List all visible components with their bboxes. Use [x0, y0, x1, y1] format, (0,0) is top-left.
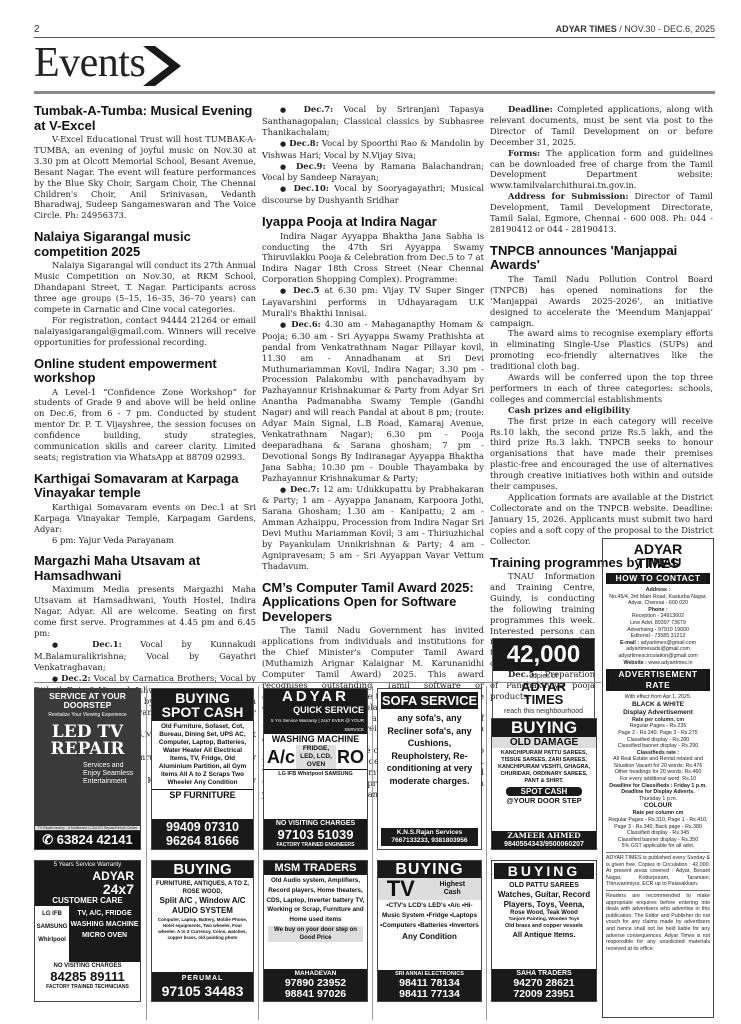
- section-rule: [34, 91, 715, 94]
- story-body: 6 pm: Yajur Veda Parayanam: [34, 535, 256, 546]
- story-body: A Level-1 “Confidence Zone Workshop” for…: [34, 387, 256, 463]
- story-body: Nalaiya Sigarangal will conduct its 27th…: [34, 260, 256, 315]
- ad-rate-bar: ADVERTISEMENTRATE: [606, 669, 710, 691]
- email-link[interactable]: adyartimes@gmail.com: [641, 640, 696, 646]
- ad-saha-traders: BUYING OLD PATTU SAREES Watches, Guitar,…: [491, 860, 597, 1002]
- story-iyappa: Iyappa Pooja at Indira Nagar Indira Naga…: [262, 215, 484, 572]
- story-body: Karthigai Somavaram events on Dec.1 at S…: [34, 502, 256, 535]
- paper-name: ADYAR TIMES: [556, 24, 617, 34]
- paper-info: ADYAR TIMES / NOV.30 - DEC.6, 2025: [556, 24, 715, 34]
- headline: CM’s Computer Tamil Award 2025: Applicat…: [262, 581, 484, 625]
- ad-adyar-quick-service: ADYAR QUICK SERVICE 5 Yrs Service Warran…: [263, 688, 368, 850]
- chevron-right-icon: [141, 44, 183, 88]
- how-to-contact-bar: HOW TO CONTACT: [606, 573, 710, 584]
- story-body: Indira Nagar Ayyappa Bhaktha Jana Sabha …: [262, 231, 484, 286]
- story-cm-award-cont: Deadline: Completed applications, along …: [490, 104, 713, 235]
- story-body: The first prize in each category will re…: [490, 416, 713, 492]
- phone-number: ✆ 63824 42141: [35, 831, 140, 849]
- headline: Margazhi Maha Utsavam at Hamsadhwani: [34, 554, 256, 583]
- masthead: 2 ADYAR TIMES / NOV.30 - DEC.6, 2025: [34, 24, 715, 38]
- story-body: Maximum Media presents Margazhi Maha Uts…: [34, 584, 256, 639]
- list-item: Dec.5 at 6.30 pm: Vijay TV Super Singer …: [262, 285, 484, 319]
- ad-spot-cash: BUYINGSPOT CASH Old Furniture, Sofaset, …: [151, 688, 254, 850]
- email-link[interactable]: adyartimesads@gmail.com: [606, 646, 710, 653]
- story-nalaiya: Nalaiya Sigarangal music competition 202…: [34, 230, 256, 347]
- ad-buying-old-damage: BUYING OLD DAMAGE KANCHIPURAM PATTU SARE…: [491, 718, 597, 850]
- headline: Iyappa Pooja at Indira Nagar: [262, 215, 484, 230]
- address: No.45/4, 3rd Main Road, Kasturba Nagar, …: [606, 594, 710, 607]
- headline: Tumbak-A-Tumba: Musical Evening at V-Exc…: [34, 104, 256, 133]
- ads-divider: [34, 682, 601, 683]
- story-body: V-Excel Educational Trust will host TUMB…: [34, 134, 256, 221]
- story-margazhi-cont: Dec.7: Vocal by Sriranjani Tapasya Santh…: [262, 104, 484, 206]
- list-item: Dec.7: Vocal by Sriranjani Tapasya Santh…: [262, 104, 484, 138]
- story-karthigai: Karthigai Somavaram at Karpaga Vinayakar…: [34, 472, 256, 546]
- headline: Nalaiya Sigarangal music competition 202…: [34, 230, 256, 259]
- sidebar-title: ADYAR: [606, 542, 710, 556]
- circulation-number: 42,000: [493, 639, 594, 671]
- list-item: Dec.6: 4.30 am - Mahaganapthy Homam & Po…: [262, 319, 484, 484]
- story-workshop: Online student empowerment workshop A Le…: [34, 357, 256, 463]
- subheading: Cash prizes and eligibility: [490, 405, 713, 416]
- headline: Karthigai Somavaram at Karpaga Vinayakar…: [34, 472, 256, 501]
- list-item: Dec.9: Veena by Ramana Balachandran; Voc…: [262, 161, 484, 184]
- circulation-box: 42,000 copies of ADYAR TIMES reach this …: [492, 638, 595, 721]
- story-body: For registration, contact 94444 21264 or…: [34, 315, 256, 348]
- section-title: Events: [34, 40, 145, 86]
- ad-buying-perumal: BUYING FURNITURE, ANTIQUES, A TO Z, ROSE…: [151, 860, 254, 1002]
- email-link[interactable]: adyartimescirculation@gmail.com: [606, 653, 710, 660]
- list-item: Dec.8: Vocal by Spoorthi Rao & Mandolin …: [262, 138, 484, 161]
- story-body: Address for Submission: Director of Tami…: [490, 191, 713, 235]
- website-link[interactable]: www.adyartimes.in: [648, 660, 692, 666]
- story-body: The award aims to recognise exemplary ef…: [490, 328, 713, 372]
- list-item: Dec.7: 12 am: Udukkupattu by Prabhakaran…: [262, 484, 484, 572]
- ad-separator: [372, 686, 373, 1020]
- list-item: Dec.10: Vocal by Sooryagayathri; Musical…: [262, 183, 484, 206]
- story-body: The Tamil Nadu Pollution Control Board (…: [490, 274, 713, 329]
- ad-sofa-service: SOFA SERVICE any sofa's, any Recliner so…: [377, 688, 482, 850]
- ad-msm-traders: MSM TRADERS Old Audio system, Amplifiers…: [263, 860, 368, 1002]
- contact-rate-sidebar: ADYAR TIMES HOW TO CONTACT Address : No.…: [602, 538, 714, 1018]
- about-text: ADYAR TIMES is published every Sunday & …: [606, 852, 710, 888]
- story-body: Awards will be conferred upon the top th…: [490, 372, 713, 405]
- disclaimer-text: Readers are recommended to make appropri…: [606, 890, 710, 952]
- headline: TNPCB announces 'Manjappai Awards': [490, 244, 713, 273]
- ad-separator: [258, 686, 259, 1020]
- ad-buying-tv: BUYING TV Highest Cash •CTV's LCD's LED'…: [377, 860, 482, 1002]
- story-tnpcb: TNPCB announces 'Manjappai Awards' The T…: [490, 244, 713, 547]
- issue-dates: NOV.30 - DEC.6, 2025: [624, 24, 715, 34]
- story-body: Deadline: Completed applications, along …: [490, 104, 713, 148]
- ad-led-tv-repair: SERVICE AT YOUR DOORSTEP Revitalize Your…: [34, 688, 141, 850]
- ad-separator: [146, 686, 147, 1020]
- list-item: Dec.1: Vocal by Kunnakudi M.Balamuralikr…: [34, 639, 256, 673]
- headline: Online student empowerment workshop: [34, 357, 256, 386]
- ad-separator: [486, 686, 487, 1020]
- story-body: Forms: The application form and guidelin…: [490, 148, 713, 192]
- page-number: 2: [34, 24, 40, 35]
- story-tumbak: Tumbak-A-Tumba: Musical Evening at V-Exc…: [34, 104, 256, 221]
- ad-adyar-customer-care: 5 Years Service Warranty ADYAR 24x7 CUST…: [34, 860, 141, 1002]
